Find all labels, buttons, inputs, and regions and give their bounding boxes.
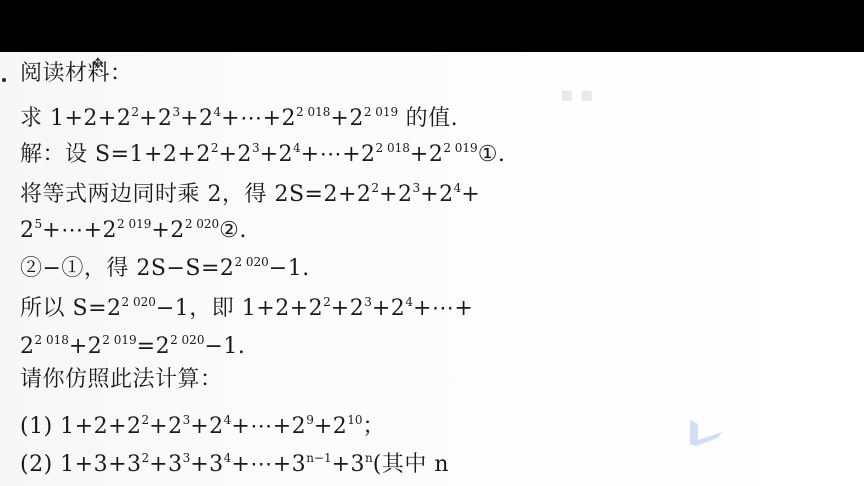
bleed-through-text: ▪ ▪	[560, 82, 593, 106]
text-segment: ②−①，得 2S−S=2	[20, 256, 234, 281]
question-number-dot	[2, 78, 6, 82]
text-segment: 的值.	[398, 106, 458, 131]
text-segment: +⋯+2	[231, 414, 306, 439]
exponent: 2 018	[35, 333, 69, 347]
exponent: 2 020	[185, 217, 219, 231]
text-segment: −1.	[204, 334, 245, 359]
text-segment: +⋯+3	[231, 452, 306, 477]
text-segment: ；	[363, 414, 386, 439]
heading: 阅读材料：	[20, 60, 133, 88]
text-segment: +⋯+2	[301, 142, 376, 167]
exponent: 2 018	[376, 141, 410, 155]
text-segment: 解：设 S=1+2+2	[20, 142, 211, 167]
exponent: n	[365, 451, 373, 465]
text-segment: (1) 1+2+2	[20, 414, 142, 439]
text-segment: +2	[190, 414, 223, 439]
exponent: 2	[371, 181, 379, 195]
top-black-bar	[0, 0, 864, 52]
text-segment: +2	[314, 414, 347, 439]
text-segment: +3	[190, 452, 223, 477]
text-line: 求 1+2+22+23+24+⋯+22 018+22 019 的值.	[20, 98, 458, 133]
text-segment: 所以 S=2	[20, 296, 122, 321]
exponent: 2 020	[234, 255, 268, 269]
exponent: 4	[214, 105, 222, 119]
exponent: 2 019	[364, 105, 398, 119]
exponent: 2	[131, 105, 139, 119]
text-segment: +2	[260, 142, 293, 167]
exponent: 2 019	[117, 217, 151, 231]
text-line: 所以 S=22 020−1，即 1+2+22+23+24+⋯+	[20, 288, 473, 323]
text-segment: +2	[69, 334, 102, 359]
text-line: 25+⋯+22 019+22 020②.	[20, 210, 247, 245]
exponent: 2 018	[296, 105, 330, 119]
text-segment: +2	[139, 106, 172, 131]
text-segment: +3	[149, 452, 182, 477]
text-segment: (2) 1+3+3	[20, 452, 142, 477]
text-line: 将等式两边同时乘 2，得 2S=2+22+23+24+	[20, 174, 480, 209]
text-line: 22 018+22 019=22 020−1.	[20, 326, 245, 361]
exponent: 2 019	[102, 333, 136, 347]
text-segment: +2	[180, 106, 213, 131]
exponent: 2 020	[122, 295, 156, 309]
exponent: 2	[142, 413, 150, 427]
text-segment: +	[461, 182, 480, 207]
exponent: 4	[405, 295, 413, 309]
text-segment: 求 1+2+2	[20, 106, 131, 131]
text-segment: 请你仿照此法计算：	[20, 367, 223, 392]
exponent: n−1	[306, 451, 331, 465]
text-segment: +2	[372, 296, 405, 321]
exponent: 3	[413, 181, 421, 195]
text-segment: +2	[330, 106, 363, 131]
text-segment: +2	[410, 142, 443, 167]
text-segment: 2	[20, 218, 35, 243]
exponent: 3	[364, 295, 372, 309]
exponent: 4	[293, 141, 301, 155]
exponent: 2	[142, 451, 150, 465]
exponent: 5	[35, 217, 43, 231]
text-segment: ②.	[219, 218, 247, 243]
text-segment: +2	[149, 414, 182, 439]
text-segment: +2	[379, 182, 412, 207]
text-segment: +2	[219, 142, 252, 167]
text-segment: +⋯+2	[221, 106, 296, 131]
text-line: 请你仿照此法计算：	[20, 366, 223, 394]
exponent: 9	[306, 413, 314, 427]
text-segment: +⋯+2	[42, 218, 117, 243]
text-segment: +2	[420, 182, 453, 207]
text-segment: −1.	[269, 256, 310, 281]
text-segment: +2	[331, 296, 364, 321]
text-segment: =2	[137, 334, 170, 359]
text-line: ②−①，得 2S−S=22 020−1.	[20, 248, 310, 283]
exponent: 2	[323, 295, 331, 309]
play-logo-icon	[688, 418, 724, 448]
text-segment: (其中 n	[373, 452, 449, 477]
text-segment: −1，即 1+2+2	[156, 296, 323, 321]
text-line: (1) 1+2+22+23+24+⋯+29+210；	[20, 406, 385, 441]
exponent: 2	[211, 141, 219, 155]
exponent: 2 020	[170, 333, 204, 347]
text-segment: +⋯+	[413, 296, 473, 321]
text-line: 解：设 S=1+2+22+23+24+⋯+22 018+22 019①.	[20, 134, 505, 169]
text-segment: ①.	[478, 142, 506, 167]
text-segment: 2	[20, 334, 35, 359]
text-segment: 将等式两边同时乘 2，得 2S=2+2	[20, 182, 371, 207]
exponent: 3	[252, 141, 260, 155]
text-segment: +3	[332, 452, 365, 477]
exponent: 10	[347, 413, 362, 427]
text-segment: +2	[151, 218, 184, 243]
exponent: 3	[172, 105, 180, 119]
text-line: (2) 1+3+32+33+34+⋯+3n−1+3n(其中 n	[20, 444, 449, 479]
exponent: 2 019	[443, 141, 477, 155]
